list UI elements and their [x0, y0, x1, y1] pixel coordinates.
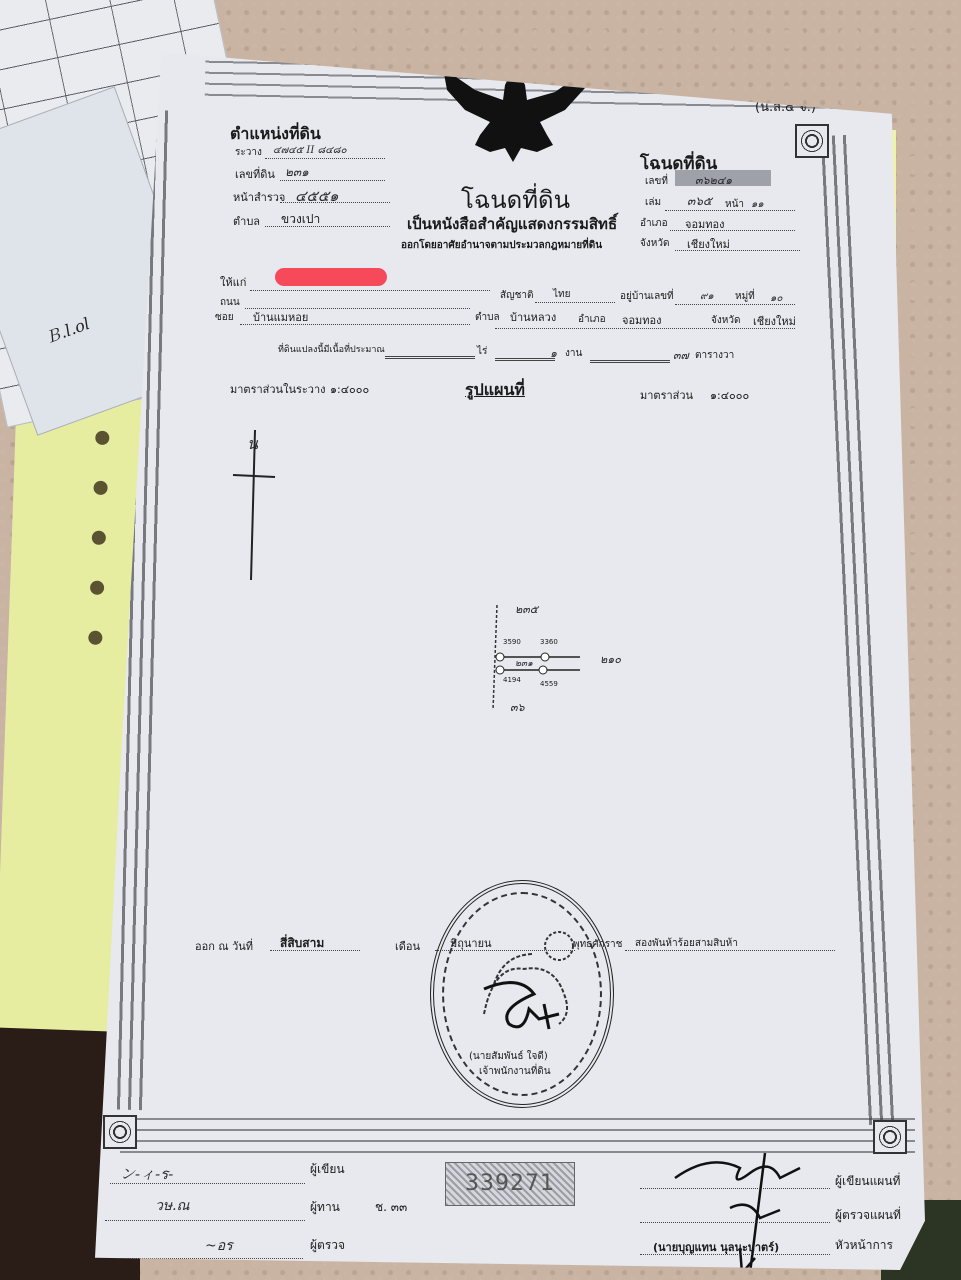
form-number-label: ช. ๓๓: [375, 1198, 407, 1217]
official-seal: (นายสัมพันธ์ ใจดี) เจ้าพนักงานที่ดิน: [430, 880, 614, 1108]
map-heading: รูปแผนที่: [465, 378, 525, 403]
map-writer-role: ผู้เขียนแผนที่: [835, 1172, 900, 1191]
field-value-volume: ๓๖๕: [687, 192, 712, 211]
checker-role: ผู้ตรวจ: [310, 1236, 345, 1255]
house-no-label: อยู่บ้านเลขที่: [620, 289, 674, 304]
marker-3: 4194: [503, 676, 521, 684]
scale-in-sheet-value: ๑:๔๐๐๐: [330, 380, 369, 398]
ngan-value: ๑: [550, 344, 557, 362]
owner-name-redaction: [275, 268, 387, 286]
marker-4: 4559: [540, 680, 558, 688]
reviewer-signature: วษ.ณ: [155, 1195, 190, 1217]
land-title-deed: (น.ส.๔ จ.) ตำแหน่งที่ดิน ระวาง ๔๗๔๕ II ๘…: [95, 40, 925, 1270]
neighbor-south: ๓๖: [510, 698, 525, 716]
serial-number-box: 339271: [445, 1162, 575, 1206]
seal-officer-title: เจ้าพนักงานที่ดิน: [479, 1064, 551, 1079]
field-label-amphoe: อำเภอ: [640, 216, 668, 231]
field-label-deed-no: เลขที่: [645, 174, 668, 189]
field-label-land-no: เลขที่ดิน: [235, 165, 275, 183]
marker-1: 3590: [503, 638, 521, 646]
map-officer-signatures: [670, 1148, 820, 1278]
nationality-label: สัญชาติ: [500, 288, 534, 303]
owner-label: ให้แก่: [220, 273, 246, 291]
document-subtitle: เป็นหนังสือสำคัญแสดงกรรมสิทธิ์: [407, 212, 617, 236]
wa-label: ตารางวา: [695, 348, 734, 363]
map-checker-role: ผู้ตรวจแผนที่: [835, 1206, 901, 1225]
moo-label: หมู่ที่: [735, 289, 755, 304]
checker-signature: ~อร: [205, 1235, 233, 1257]
issue-month-label: เดือน: [395, 937, 420, 955]
rai-label: ไร่: [477, 344, 487, 359]
scale-in-sheet-label: มาตราส่วนในระวาง: [230, 380, 326, 398]
area-label: ที่ดินแปลงนี้มีเนื้อที่ประมาณ: [278, 342, 385, 356]
parcel-number: ๒๓๑: [515, 656, 533, 670]
corner-ornament-icon: [795, 124, 829, 158]
field-value-survey-page: ๔๕๕๑: [295, 184, 339, 208]
field-value-deed-no: ๓๖๒๔๑: [695, 171, 732, 189]
writer-role: ผู้เขียน: [310, 1160, 345, 1179]
road-label: ถนน: [220, 295, 240, 310]
neighbor-east: ๒๑๐: [600, 650, 621, 668]
owner-tambon-value: บ้านหลวง: [510, 308, 556, 326]
owner-tambon-label: ตำบล: [475, 310, 500, 325]
neighbor-north: ๒๓๕: [515, 600, 538, 618]
officer-signature: [479, 979, 569, 1034]
nationality-value: ไทย: [553, 287, 570, 302]
scale-value: ๑:๔๐๐๐: [710, 386, 749, 404]
field-label-volume: เล่ม: [645, 195, 661, 210]
issue-date-prefix: ออก ณ วันที่: [195, 937, 253, 955]
issued-by-text: ออกโดยอาศัยอำนาจตามประมวลกฎหมายที่ดิน: [401, 238, 602, 253]
corner-ornament-icon: [873, 1120, 907, 1154]
field-value-rawang: ๔๗๔๕ II ๘๔๘๐: [273, 143, 347, 158]
ngan-label: งาน: [565, 346, 582, 361]
chief-role: หัวหน้าการ: [835, 1236, 893, 1255]
corner-ornament-icon: [103, 1115, 137, 1149]
field-label-province: จังหวัด: [640, 236, 669, 251]
owner-amphoe-value: จอมทอง: [622, 311, 662, 329]
field-label-tambon: ตำบล: [233, 212, 260, 230]
frame-border-right: [816, 135, 898, 1125]
scale-label: มาตราส่วน: [640, 386, 693, 404]
house-no-value: ๙๑: [700, 289, 714, 304]
serial-number: 339271: [446, 1171, 574, 1196]
issue-year: สองพันห้าร้อยสามสิบห้า: [635, 936, 738, 951]
soi-label: ซอย: [215, 310, 234, 325]
wa-value: ๓๗: [673, 346, 689, 364]
garuda-emblem-icon: [435, 60, 595, 165]
reviewer-role: ผู้ทาน: [310, 1198, 340, 1217]
seal-officer-name: (นายสัมพันธ์ ใจดี): [469, 1049, 548, 1064]
owner-amphoe-label: อำเภอ: [578, 312, 606, 327]
marker-2: 3360: [540, 638, 558, 646]
north-label: น: [247, 432, 258, 457]
field-label-survey-page: หน้าสำรวจ: [233, 188, 285, 206]
form-code: (น.ส.๔ จ.): [755, 96, 816, 117]
parcel-sketch: [485, 595, 605, 715]
background-signature: Ｂ.l.ol: [41, 311, 92, 348]
field-label-rawang: ระวาง: [235, 145, 262, 160]
owner-province-label: จังหวัด: [711, 313, 740, 328]
